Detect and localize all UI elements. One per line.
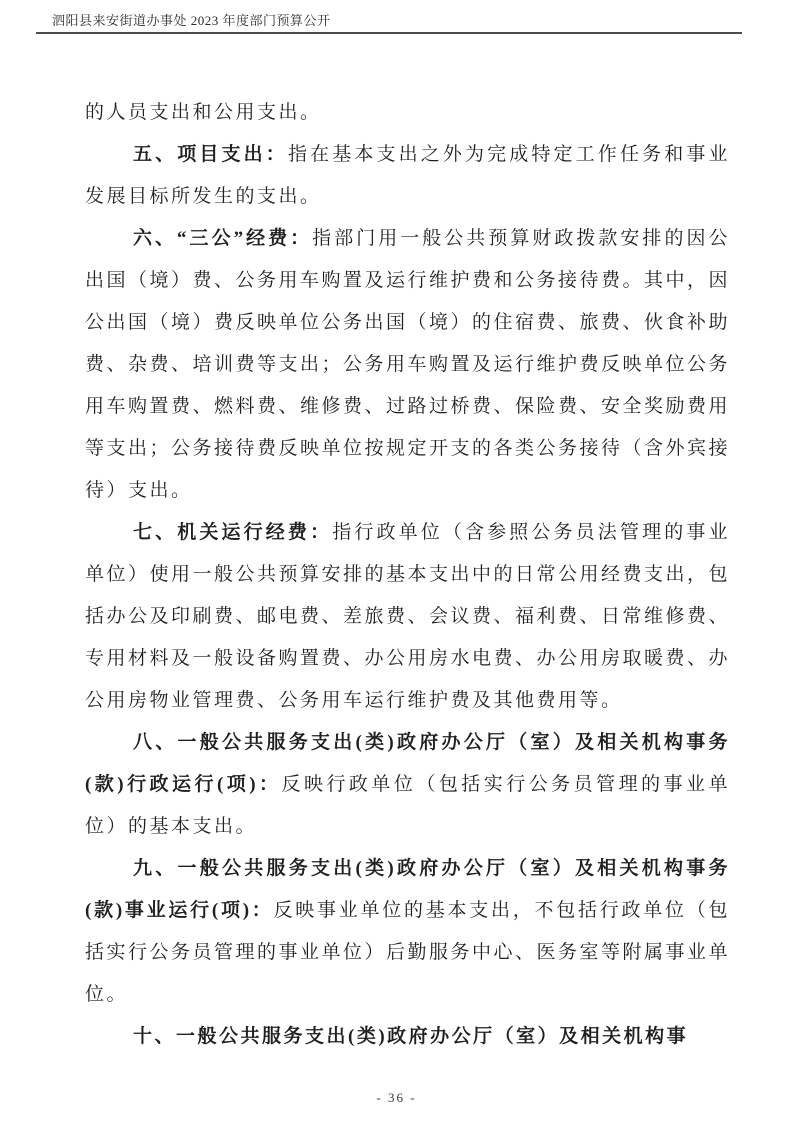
section-heading: 十、一般公共服务支出(类)政府办公厅（室）及相关机构事 xyxy=(133,1026,688,1047)
section-heading: 五、项目支出： xyxy=(133,144,288,165)
paragraph-continuation: 的人员支出和公用支出。 xyxy=(85,92,730,134)
header-title: 泗阳县来安街道办事处 2023 年度部门预算公开 xyxy=(36,10,742,32)
paragraph-text: 指部门用一般公共预算财政拨款安排的因公出国（境）费、公务用车购置及运行维护费和公… xyxy=(85,228,730,501)
section-heading: 六、“三公”经费： xyxy=(133,228,312,249)
paragraph-item-7: 七、机关运行经费：指行政单位（含参照公务员法管理的事业单位）使用一般公共预算安排… xyxy=(85,512,730,722)
page-footer: - 36 - xyxy=(0,1090,793,1106)
document-page: 泗阳县来安街道办事处 2023 年度部门预算公开 的人员支出和公用支出。 五、项… xyxy=(0,0,793,1122)
document-body: 的人员支出和公用支出。 五、项目支出：指在基本支出之外为完成特定工作任务和事业发… xyxy=(85,92,730,1058)
page-number: - 36 - xyxy=(376,1090,416,1105)
paragraph-item-10: 十、一般公共服务支出(类)政府办公厅（室）及相关机构事 xyxy=(85,1016,730,1058)
paragraph-text: 的人员支出和公用支出。 xyxy=(85,102,322,123)
paragraph-item-5: 五、项目支出：指在基本支出之外为完成特定工作任务和事业发展目标所发生的支出。 xyxy=(85,134,730,218)
paragraph-item-8: 八、一般公共服务支出(类)政府办公厅（室）及相关机构事务(款)行政运行(项)：反… xyxy=(85,722,730,848)
paragraph-item-6: 六、“三公”经费：指部门用一般公共预算财政拨款安排的因公出国（境）费、公务用车购… xyxy=(85,218,730,512)
paragraph-item-9: 九、一般公共服务支出(类)政府办公厅（室）及相关机构事务(款)事业运行(项)：反… xyxy=(85,848,730,1016)
page-header: 泗阳县来安街道办事处 2023 年度部门预算公开 xyxy=(36,10,742,34)
paragraph-text: 指行政单位（含参照公务员法管理的事业单位）使用一般公共预算安排的基本支出中的日常… xyxy=(85,522,730,711)
header-divider xyxy=(36,32,742,34)
section-heading: 七、机关运行经费： xyxy=(133,522,332,543)
